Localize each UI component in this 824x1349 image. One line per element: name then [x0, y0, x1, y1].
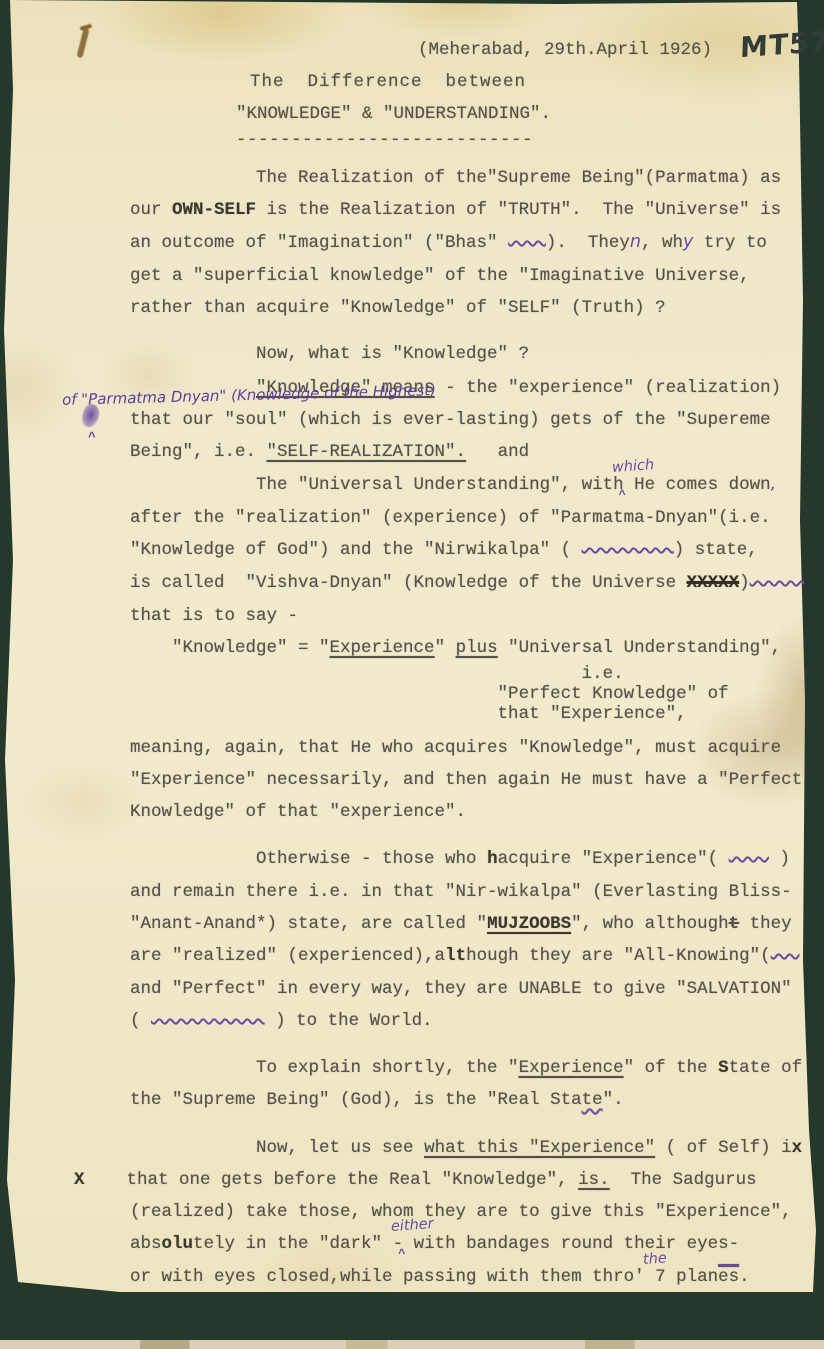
gujarati-handwriting: અનુભવ [729, 851, 769, 868]
text-run: Otherwise - those who [130, 849, 487, 869]
paragraph: meaning, again, that He who acquires "Kn… [130, 732, 820, 828]
text-run: XXXXX [687, 573, 740, 593]
text-run: te [582, 1090, 603, 1110]
text-run: The Sadgurus [610, 1170, 757, 1190]
text-run: plus [456, 638, 498, 658]
text-run: that one gets before the Real "Knowledge… [85, 1170, 579, 1190]
text-run: ", who although [571, 914, 729, 934]
paragraph: To explain shortly, the "Experience" of … [130, 1052, 820, 1116]
title-underline: --------------------------- [236, 130, 820, 150]
text-line: "Perfect Knowledge" of [130, 684, 820, 704]
text-run: " [435, 638, 456, 658]
text-line: i.e. [130, 664, 820, 684]
text-line: the "Supreme Being" (God), is the "Real … [130, 1084, 820, 1116]
text-line: get a "superficial knowledge" of the "Im… [130, 260, 820, 292]
place-date-line: (Meherabad, 29th.April 1926) [418, 34, 820, 66]
text-run: (realized) take those, whom they are to … [130, 1202, 792, 1222]
text-line: "Knowledge" = "Experience" plus "Univers… [130, 632, 820, 664]
text-line: To explain shortly, the "Experience" of … [130, 1052, 820, 1084]
text-run: Knowledge" of that "experience". [130, 802, 466, 822]
text-run: i.e. [130, 664, 624, 684]
text-line: X that one gets before the Real "Knowled… [74, 1164, 820, 1196]
text-line: "Experience" necessarily, and then again… [130, 764, 820, 796]
text-line: our OWN-SELF is the Realization of "TRUT… [130, 194, 820, 226]
text-run: an outcome of "Imagination" ("Bhas" [130, 233, 508, 253]
gujarati-handwriting: જગતનો ઉદ્ધાર કરવો [151, 1013, 265, 1030]
text-run: MUJZOOBS [487, 914, 571, 934]
paragraph: The Realization of the"Supreme Being"(Pa… [130, 162, 820, 324]
paragraph: "Knowledge" = "Experience" plus "Univers… [130, 632, 820, 724]
text-run: He comes down [624, 475, 771, 495]
text-run: 7 plan [655, 1267, 718, 1287]
text-run: ) [739, 573, 750, 593]
text-run: get a "superficial knowledge" of the "Im… [130, 266, 750, 286]
typed-text-block: (Meherabad, 29th.April 1926) The Differe… [130, 34, 820, 1293]
text-run: tate of [729, 1058, 803, 1078]
text-line: and remain there i.e. in that "Nir-wikal… [130, 876, 820, 908]
text-run: - the "experience" (realization) [435, 378, 782, 398]
text-run: and remain there i.e. in that "Nir-wikal… [130, 882, 792, 902]
text-run: our [130, 200, 172, 220]
text-run: with bandages round their eyes- [403, 1234, 739, 1254]
text-line: that is to say - [130, 600, 820, 632]
text-run: "Perfect Knowledge" of [130, 684, 729, 704]
text-line: "Anant-Anand*) state, are called "MUJZOO… [130, 908, 820, 940]
text-line: are "realized" (experienced),although th… [130, 940, 820, 973]
text-line: ( જગતનો ઉદ્ધાર કરવો ) to the World. [130, 1005, 820, 1038]
text-run: ) state, [674, 540, 758, 560]
text-run: abs [130, 1234, 162, 1254]
text-run: Experience [330, 638, 435, 658]
text-run: and [466, 442, 529, 462]
text-line: Knowledge" of that "experience". [130, 796, 820, 828]
text-run: . [739, 1267, 750, 1287]
text-run: the "Supreme Being" (God), is the "Real … [130, 1090, 582, 1110]
text-run: " of the [624, 1058, 719, 1078]
text-line: (realized) take those, whom they are to … [130, 1196, 820, 1228]
text-run: "Anant-Anand*) state, are called " [130, 914, 487, 934]
text-run: ). They [546, 233, 630, 253]
gujarati-handwriting: નિર્વિકલ્પ અવસ્થા [582, 542, 674, 559]
text-run: "Knowledge of God") and the "Nirwikalpa"… [130, 540, 582, 560]
text-run: ) to the World. [265, 1011, 433, 1031]
text-line: Now, what is "Knowledge" ? [130, 338, 820, 370]
text-line: that "Experience", [130, 704, 820, 724]
text-run: ) [769, 849, 790, 869]
text-run: what this "Experience" [424, 1138, 655, 1158]
text-line: rather than acquire "Knowledge" of "SELF… [130, 292, 820, 324]
text-run: and "Perfect" in every way, they are UNA… [130, 979, 792, 999]
handwritten-correction: , [771, 474, 777, 494]
text-run: is. [578, 1170, 610, 1190]
text-run: "Experience" necessarily, and then again… [130, 770, 802, 790]
text-run: olu [162, 1234, 194, 1254]
gujarati-handwriting: વિશ્વ-જ્ઞાન [750, 575, 805, 592]
text-run: is called "Vishva-Dnyan" (Knowledge of t… [130, 573, 687, 593]
paragraph: Now, let us see what this "Experience" (… [130, 1132, 820, 1293]
gujarati-handwriting: ભાસ - [508, 235, 546, 252]
paragraph: "Knowledge" means - the "experience" (re… [130, 372, 820, 468]
text-line: Being", i.e. "SELF-REALIZATION". and [130, 436, 820, 468]
text-run: The "Universal Understanding", with [130, 475, 624, 495]
text-line: The Realization of the"Supreme Being"(Pa… [130, 162, 820, 194]
text-run: Being", i.e. [130, 442, 267, 462]
text-run: ". [603, 1090, 624, 1110]
handwritten-correction: n [630, 232, 641, 252]
text-run: "SELF-REALIZATION". [267, 442, 467, 462]
text-run: "Universal Understanding", [498, 638, 782, 658]
text-run: Experience [519, 1058, 624, 1078]
text-run: hough they are "All-Knowing"( [466, 946, 771, 966]
paragraph: Now, what is "Knowledge" ? [130, 338, 820, 370]
text-run: "Knowledge" = " [130, 638, 330, 658]
text-line: meaning, again, that He who acquires "Kn… [130, 732, 820, 764]
text-run: x [792, 1138, 803, 1158]
paragraph: The "Universal Understanding", with^whic… [130, 468, 820, 632]
text-line: an outcome of "Imagination" ("Bhas" ભાસ … [130, 226, 820, 260]
text-line: The "Universal Understanding", with^whic… [130, 468, 820, 502]
text-run: X [74, 1170, 85, 1190]
paragraph: Otherwise - those who hacquire "Experien… [130, 843, 820, 1038]
text-line: that our "soul" (which is ever-lasting) … [130, 404, 820, 436]
text-line: after the "realization" (experience) of … [130, 502, 820, 534]
text-line: "Knowledge of God") and the "Nirwikalpa"… [130, 534, 820, 567]
text-run: that our "soul" (which is ever-lasting) … [130, 410, 771, 430]
text-run: that is to say - [130, 606, 298, 626]
text-run: S [718, 1058, 729, 1078]
text-run: meaning, again, that He who acquires "Kn… [130, 738, 781, 758]
text-line: or with eyes closed,while passing with t… [130, 1261, 820, 1293]
document-title-line1: The Difference between [250, 66, 820, 98]
text-run: are "realized" (experienced),a [130, 946, 445, 966]
text-run: is the Realization of "TRUTH". The "Univ… [256, 200, 781, 220]
text-run: Now, let us see [130, 1138, 424, 1158]
text-run: The Realization of the"Supreme Being"(Pa… [130, 168, 781, 188]
text-run: OWN-SELF [172, 200, 256, 220]
handwritten-correction: y [683, 232, 693, 252]
text-run: Now, what is "Knowledge" ? [130, 344, 529, 364]
paragraphs: The Realization of the"Supreme Being"(Pa… [130, 162, 820, 1293]
text-run: try to [693, 233, 767, 253]
text-run: acquire "Experience"( [498, 849, 729, 869]
text-run: or with eyes closed,while passing with t… [130, 1267, 655, 1287]
text-run: To explain shortly, the " [130, 1058, 519, 1078]
text-run: that "Experience", [130, 704, 687, 724]
text-line: and "Perfect" in every way, they are UNA… [130, 973, 820, 1005]
text-run: tely in the "dark" - [193, 1234, 403, 1254]
text-line: absolutely in the "dark" -^either with b… [130, 1228, 820, 1261]
text-run: i [781, 1138, 792, 1158]
text-line: Otherwise - those who hacquire "Experien… [130, 843, 820, 876]
text-run: they [739, 914, 792, 934]
document-title-line2: "KNOWLEDGE" & "UNDERSTANDING". [236, 98, 820, 130]
text-run: t [729, 914, 740, 934]
text-run: rather than acquire "Knowledge" of "SELF… [130, 298, 666, 318]
text-run: after the "realization" (experience) of … [130, 508, 771, 528]
gujarati-handwriting: જ્ઞાની [771, 948, 800, 965]
handwritten-line: of "Parmatma Dnyan" (Knowledge of the Hi… [62, 390, 436, 400]
text-run: h [487, 849, 498, 869]
text-run: es [718, 1267, 739, 1287]
insertion-caret-mark: ^ [88, 430, 96, 445]
text-run: ( of Self) [655, 1138, 781, 1158]
text-line: Now, let us see what this "Experience" (… [130, 1132, 820, 1164]
scanner-edge-strip [0, 1340, 824, 1349]
text-run: ( [130, 1011, 151, 1031]
text-line: is called "Vishva-Dnyan" (Knowledge of t… [130, 567, 820, 600]
text-run: , wh [641, 233, 683, 253]
scan-background: { "document": { "place_date": "(Meheraba… [0, 0, 824, 1349]
text-run: lt [445, 946, 466, 966]
